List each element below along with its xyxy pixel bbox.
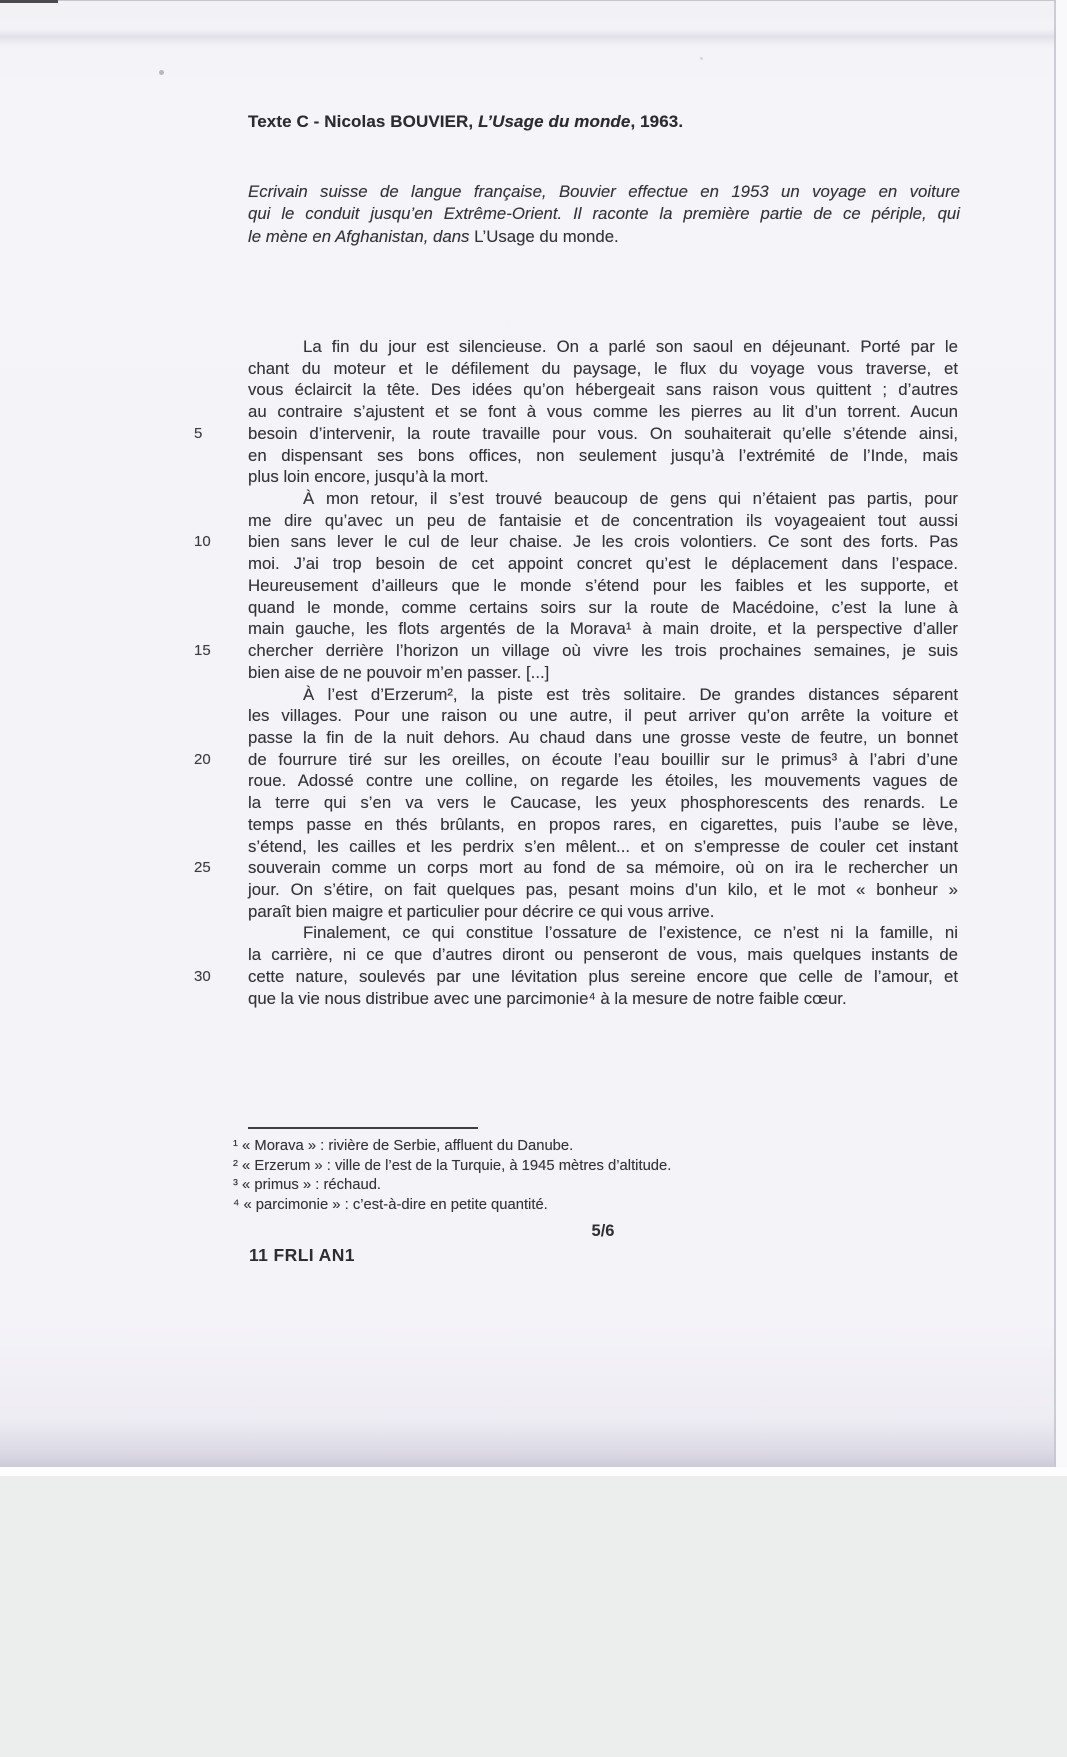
scan-top-edge-mark bbox=[0, 0, 58, 3]
footnote-item: ² « Erzerum » : ville de l’est de la Tur… bbox=[233, 1157, 963, 1177]
line-text: roue. Adossé contre une colline, on rega… bbox=[248, 771, 958, 790]
text-line: s’étend, les cailles et les perdrix s’en… bbox=[248, 836, 958, 858]
scan-top-edge-line bbox=[0, 0, 1067, 1]
line-text: la terre qui s’en va vers le Caucase, le… bbox=[248, 793, 958, 812]
text-line: Finalement, ce qui constitue l’ossature … bbox=[248, 922, 958, 944]
line-text: s’étend, les cailles et les perdrix s’en… bbox=[248, 837, 958, 856]
line-text: À mon retour, il s’est trouvé beaucoup d… bbox=[303, 489, 958, 508]
line-text: cette nature, soulevés par une lévitatio… bbox=[248, 967, 958, 986]
line-text: quand le monde, comme certains soirs sur… bbox=[248, 598, 958, 617]
line-text: bien sans lever le cul de leur chaise. J… bbox=[248, 532, 958, 551]
intro-line: qui le conduit jusqu’en Extrême-Orient. … bbox=[248, 203, 960, 225]
text-line: la terre qui s’en va vers le Caucase, le… bbox=[248, 792, 958, 814]
text-line: vous éclaircit la tête. Des idées qu’on … bbox=[248, 379, 958, 401]
text-line: passe la fin de la nuit dehors. Au chaud… bbox=[248, 727, 958, 749]
text-line: quand le monde, comme certains soirs sur… bbox=[248, 597, 958, 619]
author-introduction: Ecrivain suisse de langue française, Bou… bbox=[248, 181, 960, 248]
scanned-exam-page: Texte C - Nicolas BOUVIER, L’Usage du mo… bbox=[0, 0, 1067, 1757]
text-line: 5besoin d’intervenir, la route travaille… bbox=[248, 423, 958, 445]
text-line: plus loin encore, jusqu’à la mort. bbox=[248, 466, 958, 488]
line-number: 25 bbox=[194, 857, 222, 879]
line-number: 5 bbox=[194, 423, 222, 445]
text-line: les villages. Pour une raison ou une aut… bbox=[248, 705, 958, 727]
line-text: À l’est d’Erzerum², la piste est très so… bbox=[303, 685, 958, 704]
text-line: en dispensant ses bons offices, non seul… bbox=[248, 445, 958, 467]
line-text: les villages. Pour une raison ou une aut… bbox=[248, 706, 958, 725]
line-text: passe la fin de la nuit dehors. Au chaud… bbox=[248, 728, 958, 747]
line-text: plus loin encore, jusqu’à la mort. bbox=[248, 467, 489, 486]
line-text: paraît bien maigre et particulier pour d… bbox=[248, 902, 714, 921]
scan-smudge-band bbox=[0, 29, 1067, 46]
line-text: chant du moteur et le défilement du pays… bbox=[248, 359, 958, 378]
intro-line: le mène en Afghanistan, dans L’Usage du … bbox=[248, 226, 960, 248]
document-code: 11 FRLI AN1 bbox=[249, 1245, 355, 1266]
intro-italic-text: Ecrivain suisse de langue française, Bou… bbox=[248, 182, 960, 201]
scan-bottom-flash-line bbox=[0, 1467, 1067, 1476]
text-line: 25souverain comme un corps mort au fond … bbox=[248, 857, 958, 879]
title-prefix: Texte C - Nicolas BOUVIER, bbox=[248, 112, 478, 131]
line-text: me dire qu’avec un peu de fantaisie et d… bbox=[248, 511, 958, 530]
text-line: temps passe en thés brûlants, en propos … bbox=[248, 814, 958, 836]
paper-sheet: Texte C - Nicolas BOUVIER, L’Usage du mo… bbox=[0, 0, 1067, 1470]
text-line: chant du moteur et le défilement du pays… bbox=[248, 358, 958, 380]
line-text: La fin du jour est silencieuse. On a par… bbox=[303, 337, 958, 356]
line-text: de fourrure tiré sur les oreilles, on éc… bbox=[248, 750, 958, 769]
line-number: 20 bbox=[194, 749, 222, 771]
text-line: À mon retour, il s’est trouvé beaucoup d… bbox=[248, 488, 958, 510]
text-line: main gauche, les flots argentés de la Mo… bbox=[248, 618, 958, 640]
text-line: Heureusement d’ailleurs que le monde s’é… bbox=[248, 575, 958, 597]
text-line: La fin du jour est silencieuse. On a par… bbox=[248, 336, 958, 358]
line-text: temps passe en thés brûlants, en propos … bbox=[248, 815, 958, 834]
page-title: Texte C - Nicolas BOUVIER, L’Usage du mo… bbox=[248, 112, 683, 132]
line-number: 30 bbox=[194, 966, 222, 988]
footnote-item: ³ « primus » : réchaud. bbox=[233, 1176, 963, 1196]
text-line: la carrière, ni ce que d’autres diront o… bbox=[248, 944, 958, 966]
line-text: que la vie nous distribue avec une parci… bbox=[248, 989, 847, 1008]
intro-italic-text: qui le conduit jusqu’en Extrême-Orient. … bbox=[248, 204, 960, 223]
line-text: main gauche, les flots argentés de la Mo… bbox=[248, 619, 958, 638]
text-line: paraît bien maigre et particulier pour d… bbox=[248, 901, 958, 923]
line-text: jour. On s’étire, on fait quelques pas, … bbox=[248, 880, 958, 899]
text-line: moi. J’ai trop besoin de cet appoint con… bbox=[248, 553, 958, 575]
page-number: 5/6 bbox=[248, 1222, 958, 1241]
line-text: Finalement, ce qui constitue l’ossature … bbox=[303, 923, 958, 942]
line-text: chercher derrière l’horizon un village o… bbox=[248, 641, 958, 660]
footnotes: ¹ « Morava » : rivière de Serbie, afflue… bbox=[233, 1137, 963, 1215]
text-line: roue. Adossé contre une colline, on rega… bbox=[248, 770, 958, 792]
text-body: La fin du jour est silencieuse. On a par… bbox=[248, 336, 958, 1009]
text-line: 10bien sans lever le cul de leur chaise.… bbox=[248, 531, 958, 553]
scan-speck bbox=[700, 57, 703, 60]
text-line: jour. On s’étire, on fait quelques pas, … bbox=[248, 879, 958, 901]
line-text: souverain comme un corps mort au fond de… bbox=[248, 858, 958, 877]
line-text: bien aise de ne pouvoir m’en passer. [..… bbox=[248, 663, 549, 682]
line-text: en dispensant ses bons offices, non seul… bbox=[248, 446, 958, 465]
page-right-margin-strip bbox=[1056, 0, 1067, 1467]
line-text: besoin d’intervenir, la route travaille … bbox=[248, 424, 958, 443]
text-line: me dire qu’avec un peu de fantaisie et d… bbox=[248, 510, 958, 532]
text-line: bien aise de ne pouvoir m’en passer. [..… bbox=[248, 662, 958, 684]
line-text: Heureusement d’ailleurs que le monde s’é… bbox=[248, 576, 958, 595]
line-text: la carrière, ni ce que d’autres diront o… bbox=[248, 945, 958, 964]
line-number: 15 bbox=[194, 640, 222, 662]
text-line: que la vie nous distribue avec une parci… bbox=[248, 988, 958, 1010]
footnote-item: ¹ « Morava » : rivière de Serbie, afflue… bbox=[233, 1137, 963, 1157]
page-bottom-shadow bbox=[0, 1418, 1067, 1467]
title-suffix: , 1963. bbox=[630, 112, 683, 131]
text-line: 15chercher derrière l’horizon un village… bbox=[248, 640, 958, 662]
footnote-separator bbox=[248, 1127, 478, 1129]
intro-line: Ecrivain suisse de langue française, Bou… bbox=[248, 181, 960, 203]
text-line: 20de fourrure tiré sur les oreilles, on … bbox=[248, 749, 958, 771]
title-work-name: L’Usage du monde bbox=[478, 112, 630, 131]
footnote-item: ⁴ « parcimonie » : c’est-à-dire en petit… bbox=[233, 1196, 963, 1216]
line-text: moi. J’ai trop besoin de cet appoint con… bbox=[248, 554, 958, 573]
line-number: 10 bbox=[194, 531, 222, 553]
intro-italic-text: le mène en Afghanistan, dans bbox=[248, 227, 474, 246]
line-text: au contraire s’ajustent et se font à vou… bbox=[248, 402, 958, 421]
line-text: vous éclaircit la tête. Des idées qu’on … bbox=[248, 380, 958, 399]
text-line: au contraire s’ajustent et se font à vou… bbox=[248, 401, 958, 423]
scan-speck bbox=[159, 70, 164, 75]
text-line: 30cette nature, soulevés par une lévitat… bbox=[248, 966, 958, 988]
intro-roman-text: L’Usage du monde. bbox=[474, 227, 619, 246]
text-line: À l’est d’Erzerum², la piste est très so… bbox=[248, 684, 958, 706]
